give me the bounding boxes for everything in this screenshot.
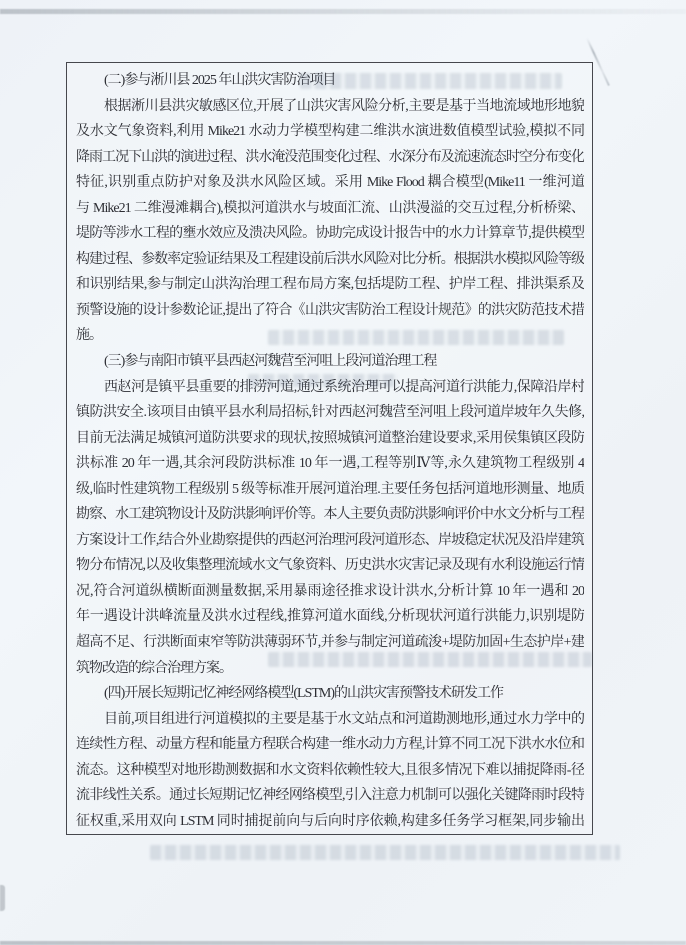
- text-line: 级,临时性建筑物工程级别 5 级等标准开展河道治理.主要任务包括河道地形测量、地…: [76, 477, 584, 503]
- scanner-edge-band-bottom: [0, 941, 686, 945]
- section-heading: (四)开展长短期记忆神经网络模型(LSTM)的山洪灾害预警技术研发工作: [76, 681, 584, 707]
- document-body: (二)参与淅川县 2025 年山洪灾害防治项目根据淅川县洪灾敏感区位,开展了山洪…: [67, 63, 592, 834]
- bleed-through-ghost: [248, 374, 398, 387]
- bleed-through-ghost: [268, 652, 592, 667]
- text-line: 征权重,采用双向 LSTM 同时捕捉前向与后向时序依赖,构建多任务学习框架,同步…: [76, 809, 584, 835]
- text-line: 构建过程、参数率定验证结果及工程建设前后洪水风险对比分析。根据洪水模拟风险等级: [76, 247, 584, 273]
- scanner-edge-band-top: [0, 9, 686, 14]
- text-line: 连续性方程、动量方程和能量方程联合构建一维水动力方程,计算不同工况下洪水水位和: [76, 732, 584, 758]
- bleed-through-ghost: [268, 330, 564, 345]
- text-line: 及水文气象资料,利用 Mike21 水动力学模型构建二维洪水演进数值模型试验,模…: [76, 119, 584, 145]
- text-line: 洪标准 20 年一遇,其余河段防洪标准 10 年一遇,工程等别Ⅳ等,永久建筑物工…: [76, 451, 584, 477]
- scanned-page: (二)参与淅川县 2025 年山洪灾害防治项目根据淅川县洪灾敏感区位,开展了山洪…: [0, 0, 686, 945]
- text-line: 根据淅川县洪灾敏感区位,开展了山洪灾害风险分析,主要是基于当地流域地形地貌: [76, 94, 584, 120]
- text-line: 流态。这种模型对地形勘测数据和水文资料依赖性较大,且很多情况下难以捕捉降雨-径: [76, 758, 584, 784]
- text-line: 流非线性关系。通过长短期记忆神经网络模型,引入注意力机制可以强化关键降雨时段特: [76, 783, 584, 809]
- text-line: 勘察、水工建筑物设计及防洪影响评价等。本人主要负责防洪影响评价中水文分析与工程: [76, 502, 584, 528]
- text-line: 方案设计工作,结合外业勘察提供的西赵河治理河段河道形态、岸坡稳定状况及沿岸建筑: [76, 528, 584, 554]
- bleed-through-ghost: [150, 845, 620, 860]
- text-line: 目前,项目组进行河道模拟的主要是基于水文站点和河道勘测地形,通过水力学中的: [76, 707, 584, 733]
- bleed-through-ghost: [300, 73, 562, 89]
- text-line: 物分布情况,以及收集整理流域水文气象资料、历史洪水灾害记录及现有水利设施运行情: [76, 553, 584, 579]
- text-line: 特征,识别重点防护对象及洪水风险区域。采用 Mike Flood 耦合模型(Mi…: [76, 170, 584, 196]
- text-line: 预警设施的设计参数论证,提出了符合《山洪灾害防治工程设计规范》的洪灾防范技术措: [76, 298, 584, 324]
- text-line: 和识别结果,参与制定山洪沟治理工程布局方案,包括堤防工程、护岸工程、排洪渠系及: [76, 272, 584, 298]
- document-table-border: (二)参与淅川县 2025 年山洪灾害防治项目根据淅川县洪灾敏感区位,开展了山洪…: [66, 62, 593, 835]
- text-line: 堤防等涉水工程的壅水效应及溃决风险。协助完成设计报告中的水力计算章节,提供模型: [76, 221, 584, 247]
- text-line: 镇防洪安全.该项目由镇平县水利局招标,针对西赵河魏营至河咀上段河道岸坡年久失修,: [76, 400, 584, 426]
- text-line: 目前无法满足城镇河道防洪要求的现状,按照城镇河道整治建设要求,采用侯集镇区段防: [76, 426, 584, 452]
- section-heading: (三)参与南阳市镇平县西赵河魏营至河咀上段河道治理工程: [76, 349, 584, 375]
- scan-edge-notch: [0, 885, 5, 911]
- text-line: 年一遇设计洪峰流量及洪水过程线,推算河道水面线,分析现状河道行洪能力,识别堤防: [76, 604, 584, 630]
- text-line: 降雨工况下山洪的演进过程、洪水淹没范围变化过程、水深分布及流速流态时空分布变化: [76, 145, 584, 171]
- text-line: 与 Mike21 二维漫滩耦合),模拟河道洪水与坡面汇流、山洪漫溢的交互过程,分…: [76, 196, 584, 222]
- text-line: 况,符合河道纵横断面测量数据,采用暴雨途径推求设计洪水,分析计算 10 年一遇和…: [76, 579, 584, 605]
